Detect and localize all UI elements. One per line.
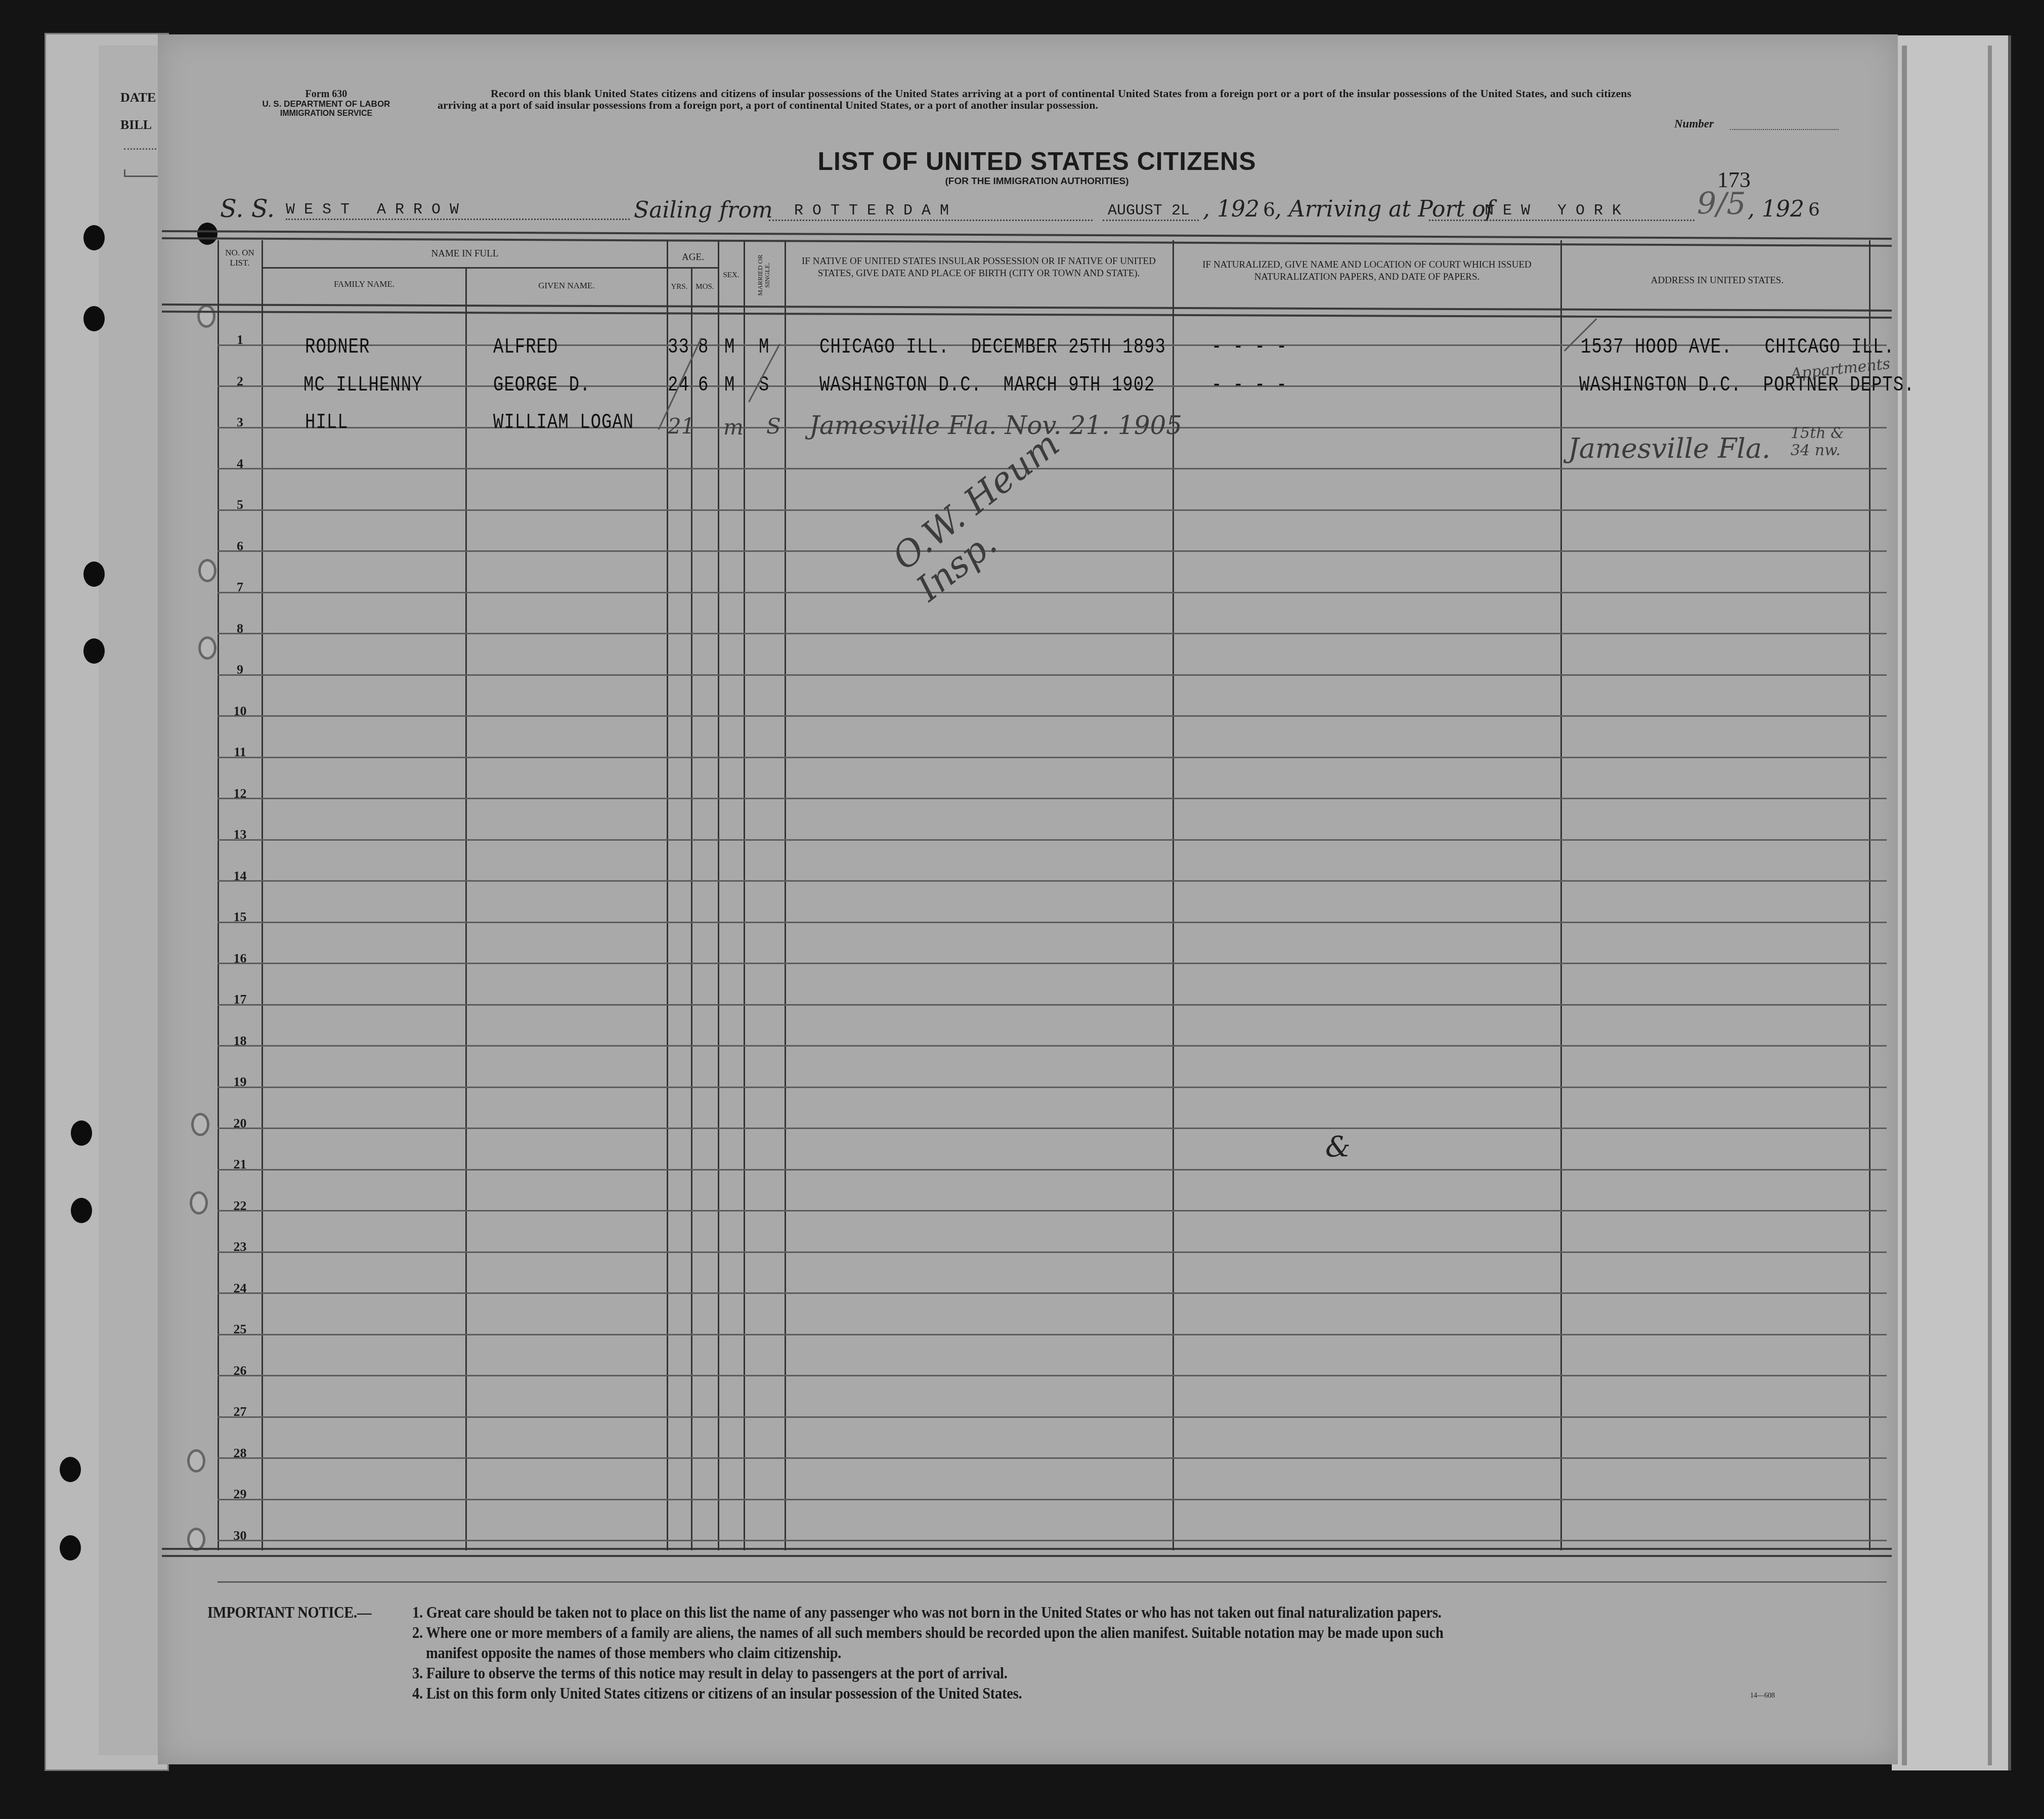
row-1-naturalization[interactable]: - - - - — [1211, 336, 1287, 360]
row-3-marital[interactable]: S — [766, 414, 781, 439]
row-number: 18 — [219, 1033, 262, 1049]
row-number: 19 — [219, 1074, 262, 1090]
departure-date[interactable]: AUGUST 2L — [1103, 202, 1199, 221]
form-department: U. S. DEPARTMENT OF LABOR — [190, 99, 463, 109]
row-number: 22 — [219, 1198, 262, 1214]
row-3-address[interactable]: Jamesville Fla. — [1568, 432, 1770, 464]
row-number: 25 — [219, 1322, 262, 1337]
header-no-on-list: No. on List. — [219, 248, 261, 268]
header-yrs: Yrs. — [668, 281, 691, 293]
spine-blank-bracket — [124, 169, 161, 177]
row-2-birth[interactable]: WASHINGTON D.C. MARCH 9TH 1902 — [819, 374, 1155, 398]
row-number: 6 — [219, 539, 262, 554]
row-number: 9 — [219, 662, 262, 677]
row-1-birth[interactable]: CHICAGO ILL. DECEMBER 25TH 1893 — [819, 336, 1166, 360]
row-rule — [218, 880, 1887, 882]
row-number: 13 — [219, 827, 262, 842]
col-rule — [465, 268, 467, 1550]
binder-hole — [83, 306, 105, 331]
col-rule — [744, 240, 745, 1550]
row-rule — [218, 1210, 1887, 1211]
col-rule — [218, 240, 219, 1550]
arrival-date[interactable]: 9/5 — [1697, 186, 1746, 222]
col-rule — [691, 268, 692, 1550]
row-2-given-name[interactable]: GEORGE D. — [493, 374, 591, 398]
number-field[interactable] — [1730, 124, 1839, 130]
page-subtitle: (FOR THE IMMIGRATION AUTHORITIES) — [708, 176, 1366, 187]
row-rule — [218, 1251, 1887, 1253]
arrival-year-digit[interactable]: 6 — [1808, 199, 1820, 220]
col-rule — [1869, 240, 1871, 1550]
row-number: 10 — [219, 704, 262, 719]
notice-item-1: 1. Great care should be taken not to pla… — [412, 1604, 1442, 1622]
row-number: 17 — [219, 992, 262, 1007]
row-number: 2 — [219, 374, 262, 389]
row-number: 12 — [219, 786, 262, 801]
row-rule — [218, 1375, 1887, 1376]
notice-item-2-cont: manifest opposite the names of those mem… — [426, 1644, 841, 1662]
row-rule — [218, 757, 1887, 758]
header-address: Address in United States. — [1568, 275, 1866, 287]
row-3-family-name[interactable]: HILL — [305, 411, 349, 436]
sailing-label: Sailing from — [634, 197, 773, 223]
row-number: 24 — [219, 1281, 262, 1296]
header-married-or-single: Married or Single. — [757, 252, 771, 298]
form-service: IMMIGRATION SERVICE — [190, 109, 463, 118]
row-rule — [218, 715, 1887, 717]
row-rule — [218, 1169, 1887, 1171]
row-3-address-note: 15th & 34 nw. — [1791, 425, 1866, 459]
row-number: 29 — [219, 1487, 262, 1502]
notice-item-3: 3. Failure to observe the terms of this … — [412, 1664, 1008, 1682]
row-number: 14 — [219, 869, 262, 884]
row-1-age-yrs[interactable]: 33 — [668, 336, 689, 360]
col-rule — [785, 240, 786, 1550]
binder-hole — [83, 561, 105, 587]
row-rule — [218, 1540, 1887, 1541]
header-place-of-birth: If native of United States insular posse… — [797, 255, 1161, 280]
row-number: 8 — [219, 621, 262, 636]
row-number: 5 — [219, 497, 262, 512]
row-number: 21 — [219, 1157, 262, 1172]
binder-hole-faint — [187, 1449, 205, 1472]
row-1-address[interactable]: 1537 HOOD AVE. CHICAGO ILL. — [1581, 336, 1895, 360]
form-number: Form 630 — [281, 89, 372, 100]
binder-hole — [60, 1535, 81, 1561]
manifest-sheet — [158, 34, 1898, 1764]
name-age-subrule — [262, 267, 718, 269]
binder-right-fold-2 — [1988, 46, 1992, 1765]
row-rule — [218, 1087, 1887, 1088]
header-family-name: Family Name. — [263, 278, 465, 290]
row-rule — [218, 674, 1887, 676]
number-label: Number — [1674, 117, 1714, 131]
notice-item-4: 4. List on this form only United States … — [412, 1684, 1022, 1703]
header-age: Age. — [668, 251, 718, 264]
binder-hole-faint — [191, 1113, 209, 1136]
binder-hole-faint — [198, 559, 216, 582]
row-rule — [218, 633, 1887, 634]
arrival-year-prefix: , 192 — [1748, 196, 1804, 222]
row-number: 7 — [219, 580, 262, 595]
row-2-sex[interactable]: M — [724, 374, 735, 398]
row-rule — [218, 1416, 1887, 1418]
col-rule — [1560, 240, 1562, 1550]
row-1-marital[interactable]: M — [759, 336, 769, 360]
row-rule — [218, 1045, 1887, 1047]
ship-name[interactable]: W E S T A R R O W — [286, 201, 630, 220]
row-rule — [218, 1581, 1887, 1583]
notice-item-2: 2. Where one or more members of a family… — [412, 1624, 1444, 1642]
row-2-naturalization[interactable]: - - - - — [1211, 374, 1287, 398]
row-number: 15 — [219, 909, 262, 925]
binder-hole-faint — [198, 636, 216, 660]
row-3-birth[interactable]: Jamesville Fla. Nov. 21. 1905 — [809, 411, 1182, 440]
departure-year-digit[interactable]: 6 — [1263, 198, 1275, 221]
table-bottom-rule — [162, 1548, 1892, 1557]
row-number: 11 — [219, 745, 262, 760]
row-2-family-name[interactable]: MC ILLHENNY — [303, 374, 422, 398]
row-number: 28 — [219, 1446, 262, 1461]
spine-label-bill: BILL — [120, 117, 152, 133]
col-rule — [262, 240, 263, 1550]
row-3-sex[interactable]: m — [723, 415, 744, 440]
notice-label: IMPORTANT NOTICE.— — [207, 1604, 371, 1622]
page-title: LIST OF UNITED STATES CITIZENS — [708, 147, 1366, 176]
binder-hole — [83, 638, 105, 664]
binder-hole — [60, 1457, 81, 1482]
port-to[interactable]: N E W Y O R K — [1429, 202, 1694, 221]
row-rule — [218, 963, 1887, 964]
printer-mark: 14—608 — [1750, 1692, 1775, 1700]
col-rule — [718, 240, 719, 1550]
binder-hole — [71, 1198, 92, 1223]
row-number: 4 — [219, 456, 262, 471]
row-2-address[interactable]: WASHINGTON D.C. PORTNER DEPTS. — [1579, 374, 1915, 398]
row-rule — [218, 550, 1887, 552]
row-rule — [218, 1292, 1887, 1294]
binder-hole — [71, 1120, 92, 1146]
row-rule — [218, 1004, 1887, 1006]
row-number: 27 — [219, 1404, 262, 1419]
row-rule — [218, 1334, 1887, 1335]
row-number: 3 — [219, 415, 262, 430]
header-name-in-full: Name in Full — [263, 248, 667, 260]
header-mos: Mos. — [692, 281, 718, 293]
spine-blank-line — [124, 148, 159, 150]
margin-mark: & — [1325, 1131, 1351, 1163]
binder-right-fold — [1902, 46, 1907, 1765]
row-number: 30 — [219, 1528, 262, 1543]
header-naturalization: If naturalized, give name and location o… — [1184, 259, 1550, 283]
row-3-given-name[interactable]: WILLIAM LOGAN — [493, 411, 634, 436]
row-rule — [218, 592, 1887, 593]
row-rule — [218, 1457, 1887, 1459]
row-2-age-mos[interactable]: 6 — [698, 374, 709, 398]
port-from[interactable]: R O T T E R D A M — [769, 202, 1093, 221]
row-number: 26 — [219, 1363, 262, 1378]
binder-hole — [83, 225, 105, 250]
row-rule — [218, 798, 1887, 799]
row-number: 1 — [219, 332, 262, 348]
row-rule — [218, 839, 1887, 841]
binder-spine — [99, 46, 162, 1755]
spine-label-date: DATE — [120, 90, 156, 105]
row-3-age-yrs[interactable]: 21 — [668, 414, 694, 439]
row-number: 23 — [219, 1239, 262, 1254]
header-sex: Sex. — [719, 269, 744, 281]
row-2-marital[interactable]: S — [759, 374, 769, 398]
row-1-family-name[interactable]: RODNER — [305, 336, 370, 360]
row-number: 16 — [219, 951, 262, 966]
row-rule — [218, 922, 1887, 923]
header-given-name: Given Name. — [466, 280, 667, 292]
row-rule — [218, 1499, 1887, 1500]
row-rule — [218, 1128, 1887, 1129]
binder-hole-faint — [190, 1191, 208, 1215]
row-1-given-name[interactable]: ALFRED — [493, 336, 558, 360]
row-1-sex[interactable]: M — [724, 336, 735, 360]
form-instructions: Record on this blank United States citiz… — [438, 88, 1631, 111]
binder-right-sheet — [1892, 35, 2011, 1770]
ss-label: S. S. — [220, 195, 275, 223]
row-number: 20 — [219, 1116, 262, 1131]
departure-year-prefix: , 192 — [1203, 196, 1259, 222]
